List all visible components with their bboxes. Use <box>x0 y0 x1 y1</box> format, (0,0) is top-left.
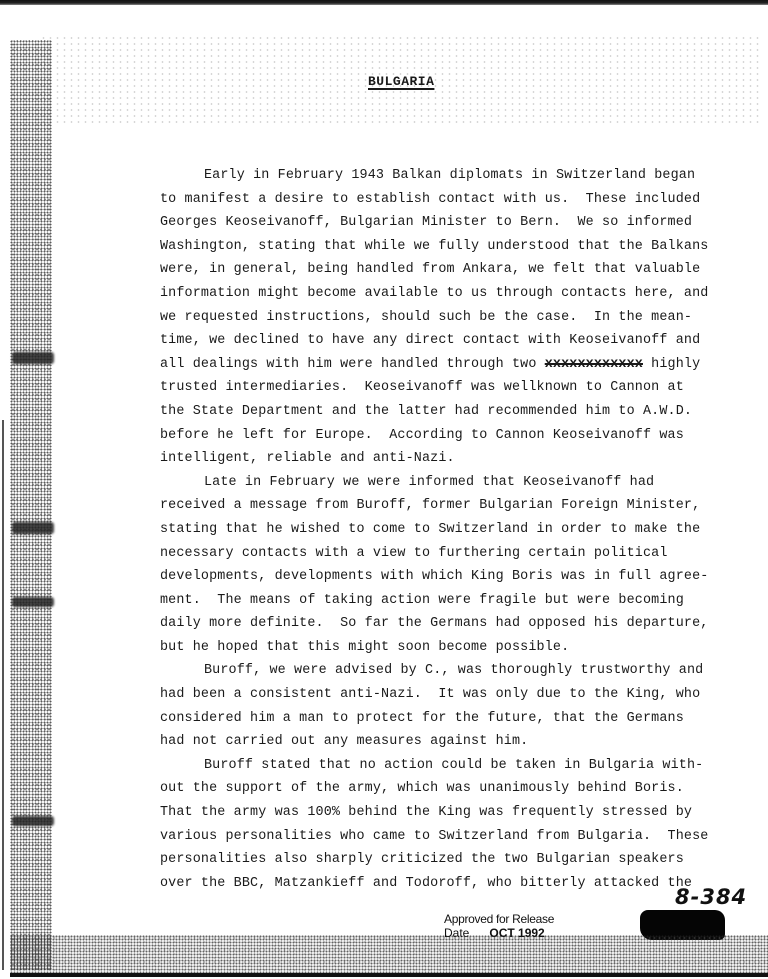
release-stamp-date: DateOCT 1992 <box>444 926 545 940</box>
text-line: Early in February 1943 Balkan diplomats … <box>160 164 760 188</box>
scan-artifact <box>12 597 54 607</box>
text-line: ment. The means of taking action were fr… <box>160 589 760 613</box>
text-line: stating that he wished to come to Switze… <box>160 518 760 542</box>
release-stamp-label: Approved for Release <box>444 912 554 926</box>
text-line: trusted intermediaries. Keoseivanoff was… <box>160 376 760 400</box>
text-segment: highly <box>651 357 700 372</box>
text-line: That the army was 100% behind the King w… <box>160 801 760 825</box>
text-line: were, in general, being handled from Ank… <box>160 258 760 282</box>
text-line: but he hoped that this might soon become… <box>160 636 760 660</box>
text-line: information might become available to us… <box>160 282 760 306</box>
text-line: Buroff, we were advised by C., was thoro… <box>160 659 760 683</box>
text-line: considered him a man to protect for the … <box>160 707 760 731</box>
text-line: received a message from Buroff, former B… <box>160 494 760 518</box>
text-line: all dealings with him were handled throu… <box>160 353 760 377</box>
document-body: Early in February 1943 Balkan diplomats … <box>160 164 760 895</box>
scan-left-edge-noise <box>10 40 52 970</box>
text-line: intelligent, reliable and anti-Nazi. <box>160 447 760 471</box>
scan-artifact <box>12 352 54 364</box>
text-segment: all dealings with him were handled throu… <box>160 357 537 372</box>
text-line: Buroff stated that no action could be ta… <box>160 754 760 778</box>
text-line: necessary contacts with a view to furthe… <box>160 542 760 566</box>
scan-top-border <box>0 0 768 5</box>
text-line: personalities also sharply criticized th… <box>160 848 760 872</box>
text-line: had been a consistent anti-Nazi. It was … <box>160 683 760 707</box>
scan-bottom-noise <box>10 935 768 973</box>
scan-left-rule <box>2 420 4 970</box>
text-line: over the BBC, Matzankieff and Todoroff, … <box>160 872 760 896</box>
text-line: Georges Keoseivanoff, Bulgarian Minister… <box>160 211 760 235</box>
scan-artifact <box>12 816 54 826</box>
release-date-value: OCT 1992 <box>489 926 544 940</box>
text-line: Washington, stating that while we fully … <box>160 235 760 259</box>
handwritten-page-number: 8-384 <box>675 885 747 909</box>
text-line: Late in February we were informed that K… <box>160 471 760 495</box>
text-line: time, we declined to have any direct con… <box>160 329 760 353</box>
scan-bottom-border <box>10 973 768 977</box>
release-date-label: Date <box>444 926 469 940</box>
text-line: various personalities who came to Switze… <box>160 825 760 849</box>
text-line: we requested instructions, should such b… <box>160 306 760 330</box>
scan-artifact <box>12 522 54 534</box>
text-line: to manifest a desire to establish contac… <box>160 188 760 212</box>
text-line: developments, developments with which Ki… <box>160 565 760 589</box>
text-line: had not carried out any measures against… <box>160 730 760 754</box>
text-line: before he left for Europe. According to … <box>160 424 760 448</box>
text-line: the State Department and the latter had … <box>160 400 760 424</box>
document-title: BULGARIA <box>368 74 434 89</box>
text-line: daily more definite. So far the Germans … <box>160 612 760 636</box>
text-line: out the support of the army, which was u… <box>160 777 760 801</box>
struck-out-word: xxxxxxxxxxxx <box>545 357 643 372</box>
